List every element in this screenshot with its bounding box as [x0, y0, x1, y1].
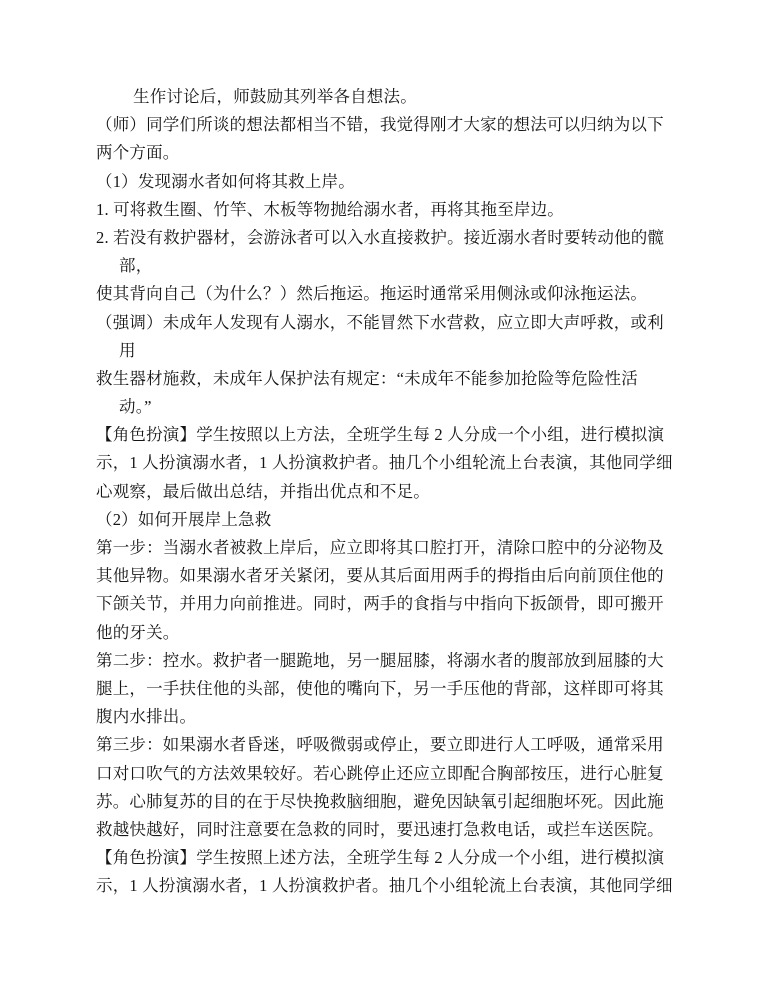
text-line: 用	[96, 337, 688, 365]
text-line: 救越快越好，同时注意要在急救的同时，要迅速打急救电话，或拦车送医院。	[96, 816, 688, 844]
text-line: 口对口吹气的方法效果较好。若心跳停止还应立即配合胸部按压，进行心脏复	[96, 760, 688, 788]
text-line: 示，1 人扮演溺水者，1 人扮演救护者。抽几个小组轮流上台表演，其他同学细	[96, 449, 688, 477]
text-line: （强调）未成年人发现有人溺水，不能冒然下水营救，应立即大声呼救，或利	[96, 309, 688, 337]
text-line: 【角色扮演】学生按照上述方法，全班学生每 2 人分成一个小组，进行模拟演	[96, 844, 688, 872]
text-line: 示，1 人扮演溺水者，1 人扮演救护者。抽几个小组轮流上台表演，其他同学细	[96, 872, 688, 900]
text-line: 腿上，一手扶住他的头部，使他的嘴向下，另一手压他的背部，这样即可将其	[96, 675, 688, 703]
text-line: 2. 若没有救护器材，会游泳者可以入水直接救护。接近溺水者时要转动他的髋	[96, 224, 688, 252]
text-line: 腹内水排出。	[96, 703, 688, 731]
text-line: 使其背向自己（为什么？）然后拖运。拖运时通常采用侧泳或仰泳拖运法。	[96, 280, 688, 308]
text-line: 救生器材施救，未成年人保护法有规定：“未成年不能参加抢险等危险性活	[96, 365, 688, 393]
text-line: 部，	[96, 252, 688, 280]
text-line: 动。”	[96, 393, 688, 421]
text-line: （1）发现溺水者如何将其救上岸。	[96, 168, 688, 196]
text-line: 第一步：当溺水者被救上岸后，应立即将其口腔打开，清除口腔中的分泌物及	[96, 534, 688, 562]
text-line: 他的牙关。	[96, 619, 688, 647]
text-line: 下颌关节，并用力向前推进。同时，两手的食指与中指向下扳颌骨，即可搬开	[96, 590, 688, 618]
document-page: 生作讨论后，师鼓励其列举各自想法。（师）同学们所谈的想法都相当不错，我觉得刚才大…	[0, 0, 770, 1000]
document-body: 生作讨论后，师鼓励其列举各自想法。（师）同学们所谈的想法都相当不错，我觉得刚才大…	[96, 83, 688, 900]
text-line: （师）同学们所谈的想法都相当不错，我觉得刚才大家的想法可以归纳为以下	[96, 111, 688, 139]
text-line: 心观察，最后做出总结，并指出优点和不足。	[96, 478, 688, 506]
text-line: 其他异物。如果溺水者牙关紧闭，要从其后面用两手的拇指由后向前顶住他的	[96, 562, 688, 590]
text-line: （2）如何开展岸上急救	[96, 506, 688, 534]
text-line: 第二步：控水。救护者一腿跪地，另一腿屈膝，将溺水者的腹部放到屈膝的大	[96, 647, 688, 675]
text-line: 苏。心肺复苏的目的在于尽快挽救脑细胞，避免因缺氧引起细胞坏死。因此施	[96, 788, 688, 816]
text-line: 两个方面。	[96, 139, 688, 167]
text-line: 生作讨论后，师鼓励其列举各自想法。	[96, 83, 688, 111]
text-line: 第三步：如果溺水者昏迷，呼吸微弱或停止，要立即进行人工呼吸，通常采用	[96, 731, 688, 759]
text-line: 1. 可将救生圈、竹竿、木板等物抛给溺水者，再将其拖至岸边。	[96, 196, 688, 224]
text-line: 【角色扮演】学生按照以上方法，全班学生每 2 人分成一个小组，进行模拟演	[96, 421, 688, 449]
